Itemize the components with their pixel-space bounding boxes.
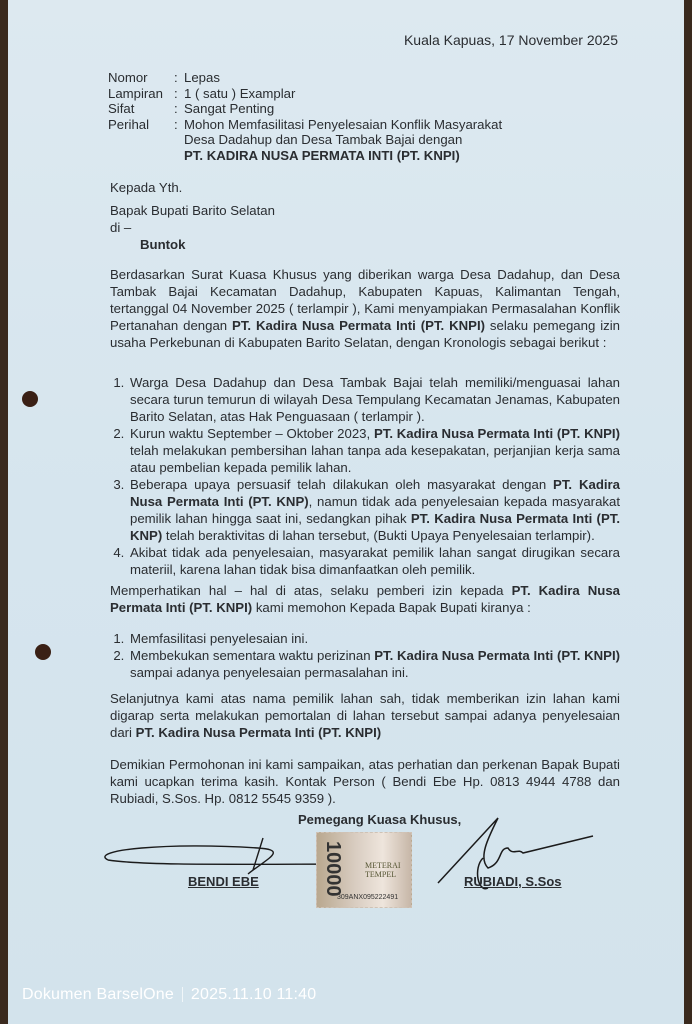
meta-key: Perihal xyxy=(108,117,174,133)
signer-2-name: RUBIADI, S.Sos xyxy=(464,874,562,889)
meta-value: Lepas xyxy=(184,70,220,86)
signer-1-name: BENDI EBE xyxy=(188,874,259,889)
letter-page: Kuala Kapuas, 17 November 2025 Nomor:Lep… xyxy=(8,0,684,1024)
list-item: Warga Desa Dadahup dan Desa Tambak Bajai… xyxy=(128,374,620,425)
addressee-name: Bapak Bupati Barito Selatan xyxy=(110,202,620,219)
watermark-source: Dokumen BarselOne xyxy=(22,986,174,1003)
chronology-list: Warga Desa Dadahup dan Desa Tambak Bajai… xyxy=(110,374,620,578)
punch-hole xyxy=(35,644,51,660)
meta-value: Mohon Memfasilitasi Penyelesaian Konflik… xyxy=(184,117,502,133)
list-item: Kurun waktu September – Oktober 2023, PT… xyxy=(128,425,620,476)
meta-value: Sangat Penting xyxy=(184,101,274,117)
addressee-city: Buntok xyxy=(110,236,620,253)
subject-line-2: Desa Dadahup dan Desa Tambak Bajai denga… xyxy=(184,132,462,148)
meta-key: Sifat xyxy=(108,101,174,117)
punch-hole xyxy=(22,391,38,407)
greeting: Kepada Yth. xyxy=(110,179,620,196)
letter-meta: Nomor:Lepas Lampiran:1 ( satu ) Examplar… xyxy=(108,70,502,163)
addressee: Kepada Yth. Bapak Bupati Barito Selatan … xyxy=(110,179,620,253)
list-item: Akibat tidak ada penyelesaian, masyaraka… xyxy=(128,544,620,578)
closing-paragraph: Demikian Permohonan ini kami sampaikan, … xyxy=(110,756,620,807)
request-intro: Memperhatikan hal – hal di atas, selaku … xyxy=(110,582,620,616)
signature-block: Pemegang Kuasa Khusus, BENDI EBE 10000 M… xyxy=(88,808,648,908)
request-list: Memfasilitasi penyelesaian ini. Membekuk… xyxy=(110,630,620,681)
list-item: Beberapa upaya persuasif telah dilakukan… xyxy=(128,476,620,544)
meta-value: 1 ( satu ) Examplar xyxy=(184,86,295,102)
subject-line-3: PT. KADIRA NUSA PERMATA INTI (PT. KNPI) xyxy=(184,148,460,164)
watermark-timestamp: 2025.11.10 11:40 xyxy=(191,986,316,1003)
addressee-di: di – xyxy=(110,219,620,236)
further-paragraph: Selanjutnya kami atas nama pemilik lahan… xyxy=(110,690,620,741)
meta-key: Lampiran xyxy=(108,86,174,102)
list-item: Membekukan sementara waktu perizinan PT.… xyxy=(128,647,620,681)
place-date: Kuala Kapuas, 17 November 2025 xyxy=(404,32,618,48)
duty-stamp: 10000 METERAI TEMPEL 309ANX095222491 xyxy=(316,832,412,908)
list-item: Memfasilitasi penyelesaian ini. xyxy=(128,630,620,647)
photo-watermark: Dokumen BarselOne2025.11.10 11:40 xyxy=(22,986,316,1004)
intro-paragraph: Berdasarkan Surat Kuasa Khusus yang dibe… xyxy=(110,266,620,351)
meta-key: Nomor xyxy=(108,70,174,86)
